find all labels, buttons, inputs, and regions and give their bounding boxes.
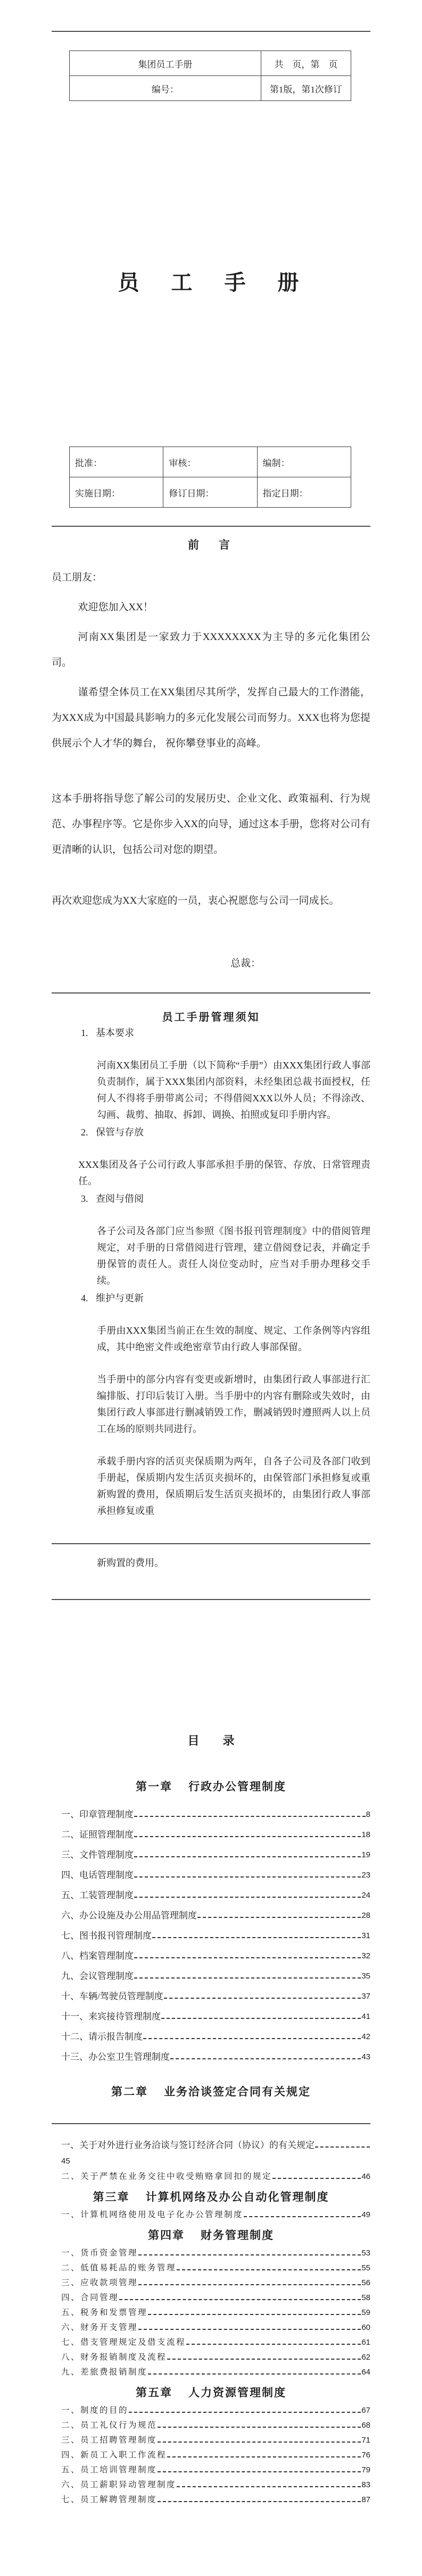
toc-entry: 二、证照管理制度 18 <box>61 1825 370 1845</box>
dashed-leader <box>134 1816 366 1817</box>
toc-page-number: 87 <box>361 2493 370 2507</box>
code-cell: 编号： <box>70 76 261 101</box>
toc-entry-label: 一、关于对外进行业务洽谈与签订经济合同（协议）的有关规定 <box>61 2137 315 2153</box>
page-divider <box>52 526 370 527</box>
president-label: 总裁： <box>230 951 370 976</box>
paragraph: XXX集团及各子公司行政人事部承担手册的保管、存放、日常管理责任。 <box>78 1157 370 1190</box>
toc-entry-label: 三、员工招聘管理制度 <box>61 2433 157 2448</box>
notice-item-paragraphs: 手册由XXX集团当前正在生效的制度、规定、工作条例等内容组成，其中绝密文件或绝密… <box>52 1323 370 1519</box>
notice-item-title: 4.维护与更新 <box>52 1290 370 1307</box>
document-page: 集团员工手册 共 页，第 页 编号： 第1版，第1次修订 员 工 手 册 批准：… <box>0 0 422 2576</box>
page-divider <box>52 1543 370 1544</box>
implement-date-cell: 实施日期： <box>70 477 163 508</box>
doc-name-cell: 集团员工手册 <box>70 51 261 76</box>
toc-entry-label: 九、差旅费报销制度 <box>61 2365 147 2380</box>
item-number: 2. <box>81 1124 96 1141</box>
dashed-leader <box>152 1937 361 1938</box>
paragraph: 这本手册将指导您了解公司的发展历史、企业文化、政策福利、行为规范、办事程序等。它… <box>52 786 370 863</box>
toc-entry: 三、应收款项管理 56 <box>61 2276 370 2291</box>
toc-entry-label: 九、会议管理制度 <box>61 1966 134 1986</box>
toc-entry: 六、员工薪职异动管理制度 83 <box>61 2478 370 2493</box>
edition-cell: 第1版，第1次修订 <box>261 76 351 101</box>
toc-page-number: 31 <box>361 1926 370 1946</box>
toc-entry: 一、印章管理制度 8 <box>61 1805 370 1825</box>
dashed-leader <box>167 2359 361 2360</box>
toc-entry-label: 五、员工培训管理制度 <box>61 2463 157 2478</box>
dashed-leader <box>244 2216 361 2217</box>
notice-item-title: 1.基本要求 <box>52 1025 370 1041</box>
toc-page-number: 56 <box>361 2276 370 2291</box>
page-divider <box>52 992 370 994</box>
toc-page-number: 32 <box>361 1946 370 1966</box>
page-divider <box>52 1599 370 1600</box>
notice-item: 4.维护与更新 手册由XXX集团当前正在生效的制度、规定、工作条例等内容组成，其… <box>52 1290 370 1519</box>
toc-chapter-heading: 第二章业务洽谈签定合同有关规定 <box>52 2083 370 2099</box>
dashed-leader <box>119 2299 361 2300</box>
toc-entry-label: 六、财务开支管理 <box>61 2320 138 2335</box>
compile-cell: 编制： <box>257 447 351 477</box>
dashed-leader <box>158 2471 361 2472</box>
dashed-leader <box>134 1836 361 1837</box>
toc-entry-label: 十二、请示报告制度 <box>61 2027 143 2047</box>
toc-page-number: 23 <box>361 1865 370 1885</box>
notice-item-title: 3.查阅与借阅 <box>52 1191 370 1207</box>
dashed-leader <box>138 2329 361 2330</box>
chapter-name: 财务管理制度 <box>201 2229 274 2242</box>
notice-item-paragraphs: 河南XX集团员工手册（以下简称“手册”）由XXX集团行政人事部负责制作，属于XX… <box>52 1057 370 1123</box>
toc-page-number: 43 <box>361 2047 370 2067</box>
review-cell: 审核： <box>163 447 257 477</box>
paragraph: 再次欢迎您成为XX大家庭的一员，衷心祝愿您与公司一同成长。 <box>52 888 370 914</box>
toc-page-number: 42 <box>361 2027 370 2047</box>
toc-page-number: 8 <box>366 1805 370 1825</box>
toc-heading: 目 录 <box>52 1732 370 1748</box>
dashed-leader <box>186 2344 361 2345</box>
toc-chapter-heading: 第一章行政办公管理制度 <box>52 1778 370 1794</box>
dashed-leader <box>167 2456 361 2457</box>
notice-item: 1.基本要求 河南XX集团员工手册（以下简称“手册”）由XXX集团行政人事部负责… <box>52 1025 370 1123</box>
notice-item-paragraphs: 各子公司及各部门应当参照《图书报刊管理制度》中的借阅管理规定，对手册的日常借阅进… <box>52 1223 370 1289</box>
document-content: 集团员工手册 共 页，第 页 编号： 第1版，第1次修订 员 工 手 册 批准：… <box>52 31 370 2507</box>
item-title-text: 维护与更新 <box>96 1293 144 1303</box>
page-top-rule <box>52 31 370 32</box>
notice-heading: 员工手册管理须知 <box>52 1008 370 1024</box>
toc-chapter-heading: 第三章计算机网络及办公自动化管理制度 <box>52 2188 370 2204</box>
toc-entry: 十、车辆/驾驶员管理制度 37 <box>61 1986 370 2007</box>
toc-entry-label: 五、工装管理制度 <box>61 1885 134 1906</box>
toc-chapter-heading: 第五章人力资源管理制度 <box>52 2384 370 2400</box>
paragraph: 当手册中的部分内容有变更或新增时，由集团行政人事部进行汇编排版、打印后装订入册。… <box>97 1371 370 1437</box>
notice-items: 1.基本要求 河南XX集团员工手册（以下简称“手册”）由XXX集团行政人事部负责… <box>52 1025 370 1519</box>
toc-page-number: 61 <box>361 2335 370 2350</box>
toc-page-number: 46 <box>361 2169 370 2184</box>
dashed-leader <box>148 2373 361 2375</box>
toc-entry-label: 七、图书报刊管理制度 <box>61 1926 152 1946</box>
toc-entry: 十一、来宾接待管理制度 41 <box>61 2007 370 2027</box>
toc-entry-label: 十三、办公室卫生管理制度 <box>61 2047 170 2067</box>
toc-entry: 五、税务和发票管理 59 <box>61 2305 370 2320</box>
approve-cell: 批准： <box>70 447 163 477</box>
notice-item: 2.保管与存放 XXX集团及各子公司行政人事部承担手册的保管、存放、日常管理责任… <box>52 1124 370 1190</box>
toc-entry-label: 四、电话管理制度 <box>61 1865 134 1885</box>
toc-entry: 三、文件管理制度 19 <box>61 1845 370 1865</box>
dashed-leader <box>148 2314 361 2315</box>
notice-item: 3.查阅与借阅 各子公司及各部门应当参照《图书报刊管理制度》中的借阅管理规定，对… <box>52 1191 370 1289</box>
item-title-text: 基本要求 <box>96 1028 134 1038</box>
chapter-number: 第一章 <box>136 1780 172 1793</box>
paragraph: 河南XX集团是一家致力于XXXXXXXX为主导的多元化集团公司。 <box>52 625 370 676</box>
notice-item-paragraphs: XXX集团及各子公司行政人事部承担手册的保管、存放、日常管理责任。 <box>52 1157 370 1190</box>
toc-entry: 九、差旅费报销制度 64 <box>61 2365 370 2380</box>
toc-page-number: 41 <box>361 2007 370 2027</box>
item-title-text: 查阅与借阅 <box>96 1193 144 1204</box>
toc-chapter-heading: 第四章财务管理制度 <box>52 2227 370 2243</box>
chapter-name: 行政办公管理制度 <box>188 1780 286 1793</box>
foreword-heading: 前 言 <box>52 536 370 552</box>
dashed-leader <box>177 2486 361 2487</box>
dashed-leader <box>134 1957 361 1958</box>
toc-page-number: 71 <box>361 2433 370 2448</box>
chapter-number: 第二章 <box>111 2085 148 2098</box>
paragraph: 承载手册内容的活页夹保质期为两年，自各子公司及各部门收到手册起，保质期内发生活页… <box>97 1453 370 1519</box>
toc-entry-label: 二、证照管理制度 <box>61 1825 134 1845</box>
toc-entry: 四、合同管理 58 <box>61 2291 370 2305</box>
toc-entry: 二、低值易耗品的账务管理 55 <box>61 2261 370 2276</box>
toc-page-number: 83 <box>361 2478 370 2493</box>
toc-page-number: 35 <box>361 1966 370 1986</box>
salutation: 员工朋友： <box>52 565 370 591</box>
dashed-leader <box>134 1897 361 1898</box>
toc-page-number: 55 <box>361 2261 370 2276</box>
assign-date-cell: 指定日期： <box>257 477 351 508</box>
table-of-contents: 第一章行政办公管理制度 一、印章管理制度 8 二、证照管理制度 18 三、文件管… <box>52 1778 370 2507</box>
dashed-leader <box>170 2058 361 2059</box>
toc-page-number: 60 <box>361 2320 370 2335</box>
toc-entry: 四、电话管理制度 23 <box>61 1865 370 1885</box>
dashed-leader <box>138 2284 361 2285</box>
paragraph: 手册由XXX集团当前正在生效的制度、规定、工作条例等内容组成，其中绝密文件或绝密… <box>97 1323 370 1356</box>
toc-entry: 十二、请示报告制度 42 <box>61 2027 370 2047</box>
toc-entry-label: 二、低值易耗品的账务管理 <box>61 2261 176 2276</box>
dashed-leader <box>143 2038 361 2039</box>
toc-entry: 十三、办公室卫生管理制度 43 <box>61 2047 370 2067</box>
dashed-leader <box>134 1856 361 1857</box>
dashed-leader <box>138 2254 361 2255</box>
toc-entry-label: 十、车辆/驾驶员管理制度 <box>61 1986 163 2007</box>
toc-page-number: 76 <box>361 2448 370 2463</box>
table-row: 集团员工手册 共 页，第 页 <box>70 51 351 76</box>
toc-entry: 七、图书报刊管理制度 31 <box>61 1926 370 1946</box>
toc-entry-label: 一、货币资金管理 <box>61 2246 138 2261</box>
dashed-leader <box>134 1977 361 1979</box>
toc-entry-label: 五、税务和发票管理 <box>61 2305 147 2320</box>
toc-entry-label: 七、借支管理规定及借支流程 <box>61 2335 186 2350</box>
toc-page-number: 68 <box>361 2418 370 2433</box>
dashed-leader <box>164 1998 361 1999</box>
item-title-text: 保管与存放 <box>96 1127 144 1138</box>
toc-entry-label: 三、文件管理制度 <box>61 1845 134 1865</box>
dashed-leader <box>158 2427 361 2428</box>
toc-page-number: 62 <box>361 2350 370 2365</box>
dashed-leader <box>158 2501 361 2502</box>
toc-entry: 八、档案管理制度 32 <box>61 1946 370 1966</box>
toc-entry-label: 二、员工礼仪行为规范 <box>61 2418 157 2433</box>
toc-page-number: 59 <box>361 2305 370 2320</box>
toc-entry: 六、办公设施及办公用品管理制度 28 <box>61 1906 370 1926</box>
toc-entry-label: 一、计算机网络使用及电子化办公管理制度 <box>61 2208 243 2223</box>
approval-table: 批准： 审核： 编制： 实施日期： 修订日期： 指定日期： <box>69 447 351 508</box>
toc-page-number: 18 <box>361 1825 370 1845</box>
page-divider <box>52 2123 370 2124</box>
item-number: 4. <box>81 1290 96 1307</box>
toc-entry: 二、关于严禁在业务交往中收受贿赂拿回扣的规定 46 <box>61 2169 370 2184</box>
toc-page-number: 24 <box>361 1885 370 1906</box>
toc-entry-label: 四、合同管理 <box>61 2291 119 2305</box>
chapter-number: 第五章 <box>136 2386 172 2399</box>
toc-entry-label: 十一、来宾接待管理制度 <box>61 2007 161 2027</box>
toc-entry-label: 八、档案管理制度 <box>61 1946 134 1966</box>
toc-entry: 一、关于对外进行业务洽谈与签订经济合同（协议）的有关规定 <box>61 2137 370 2153</box>
toc-entry: 六、财务开支管理 60 <box>61 2320 370 2335</box>
toc-page-number: 67 <box>361 2403 370 2418</box>
toc-entry-label: 一、制度的目的 <box>61 2403 128 2418</box>
foreword-paragraphs: 欢迎您加入XX！河南XX集团是一家致力于XXXXXXXX为主导的多元化集团公司。… <box>52 595 370 914</box>
revise-date-cell: 修订日期： <box>163 477 257 508</box>
toc-entry: 五、工装管理制度 24 <box>61 1885 370 1906</box>
pages-cell: 共 页，第 页 <box>261 51 351 76</box>
toc-entry-label: 八、财务报销制度及流程 <box>61 2350 167 2365</box>
item-number: 3. <box>81 1191 96 1207</box>
toc-entry-label: 四、新员工入职工作流程 <box>61 2448 167 2463</box>
doc-title: 员 工 手 册 <box>52 266 370 296</box>
toc-page-number: 64 <box>361 2365 370 2380</box>
toc-entry: 一、制度的目的 67 <box>61 2403 370 2418</box>
toc-entry: 九、会议管理制度 35 <box>61 1966 370 1986</box>
toc-page-number: 79 <box>361 2463 370 2478</box>
toc-entry: 一、计算机网络使用及电子化办公管理制度 49 <box>61 2208 370 2223</box>
dashed-leader <box>158 2442 361 2443</box>
toc-entry-label: 七、员工解聘管理制度 <box>61 2493 157 2507</box>
toc-entry: 七、借支管理规定及借支流程 61 <box>61 2335 370 2350</box>
chapter-name: 计算机网络及办公自动化管理制度 <box>146 2191 329 2203</box>
toc-entry-label: 六、办公设施及办公用品管理制度 <box>61 1906 197 1926</box>
toc-entry: 三、员工招聘管理制度 71 <box>61 2433 370 2448</box>
toc-entry: 五、员工培训管理制度 79 <box>61 2463 370 2478</box>
toc-page-number: 28 <box>361 1906 370 1926</box>
toc-page-number: 58 <box>361 2291 370 2305</box>
table-row: 实施日期： 修订日期： 指定日期： <box>70 477 351 508</box>
toc-page-number: 37 <box>361 1986 370 2007</box>
toc-page-number: 53 <box>361 2246 370 2261</box>
chapter-number: 第四章 <box>148 2229 185 2242</box>
dashed-leader <box>177 2269 361 2270</box>
notice-item-title: 2.保管与存放 <box>52 1124 370 1141</box>
dashed-leader <box>272 2178 361 2179</box>
paragraph: 河南XX集团员工手册（以下简称“手册”）由XXX集团行政人事部负责制作，属于XX… <box>97 1057 370 1123</box>
item-number: 1. <box>81 1025 96 1041</box>
paragraph: 新购置的费用。 <box>97 1555 370 1571</box>
toc-entry-label: 二、关于严禁在业务交往中收受贿赂拿回扣的规定 <box>61 2169 272 2184</box>
paragraph: 各子公司及各部门应当参照《图书报刊管理制度》中的借阅管理规定，对手册的日常借阅进… <box>97 1223 370 1289</box>
toc-page-number: 45 <box>61 2153 370 2169</box>
toc-entry: 八、财务报销制度及流程 62 <box>61 2350 370 2365</box>
chapter-name: 业务洽谈签定合同有关规定 <box>164 2085 311 2098</box>
dashed-leader <box>161 2018 361 2019</box>
toc-page-number: 49 <box>361 2208 370 2223</box>
dashed-leader <box>197 1917 361 1918</box>
toc-entry-label: 六、员工薪职异动管理制度 <box>61 2478 176 2493</box>
chapter-number: 第三章 <box>93 2191 130 2203</box>
dashed-leader <box>134 1876 361 1878</box>
chapter-name: 人力资源管理制度 <box>188 2386 286 2399</box>
table-row: 批准： 审核： 编制： <box>70 447 351 477</box>
table-row: 编号： 第1版，第1次修订 <box>70 76 351 101</box>
paragraph: 欢迎您加入XX！ <box>52 595 370 620</box>
toc-entry: 二、员工礼仪行为规范 68 <box>61 2418 370 2433</box>
paragraph: 谨希望全体员工在XX集团尽其所学，发挥自己最大的工作潜能，为XXX成为中国最具影… <box>52 680 370 756</box>
toc-entry-label: 三、应收款项管理 <box>61 2276 138 2291</box>
doc-info-table: 集团员工手册 共 页，第 页 编号： 第1版，第1次修订 <box>69 50 351 101</box>
toc-entry: 四、新员工入职工作流程 76 <box>61 2448 370 2463</box>
dashed-leader <box>315 2146 370 2148</box>
toc-entry: 一、货币资金管理 53 <box>61 2246 370 2261</box>
toc-entry: 七、员工解聘管理制度 87 <box>61 2493 370 2507</box>
toc-page-number: 19 <box>361 1845 370 1865</box>
dashed-leader <box>129 2412 361 2413</box>
toc-entry-label: 一、印章管理制度 <box>61 1805 134 1825</box>
